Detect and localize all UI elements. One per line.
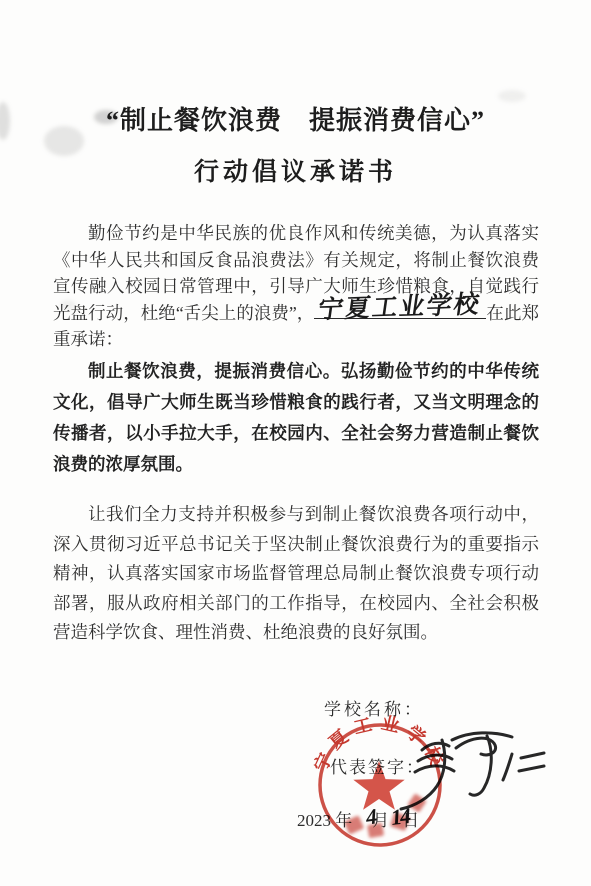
document-title: “制止餐饮浪费 提振消费信心” xyxy=(0,100,591,137)
school-name-blank-line: 宁夏工业学校 xyxy=(314,302,486,319)
paragraph-action: 让我们全力支持并积极参与到制止餐饮浪费各项行动中，深入贯彻习近平总书记关于坚决制… xyxy=(53,500,539,648)
paragraph-intro: 勤俭节约是中华民族的优良作风和传统美德，为认真落实《中华人民共和国反食品浪费法》… xyxy=(53,220,539,353)
handwritten-school-name: 宁夏工业学校 xyxy=(316,292,483,324)
paragraph-pledge-bold: 制止餐饮浪费，提振消费信心。弘扬勤俭节约的中华传统文化，倡导广大师生既当珍惜粮食… xyxy=(53,356,539,480)
signature-strokes xyxy=(401,733,544,809)
handwritten-signature xyxy=(390,722,560,817)
scanned-pledge-document: “制止餐饮浪费 提振消费信心” 行动倡议承诺书 勤俭节约是中华民族的优良作风和传… xyxy=(0,0,591,886)
document-subtitle: 行动倡议承诺书 xyxy=(0,152,591,188)
